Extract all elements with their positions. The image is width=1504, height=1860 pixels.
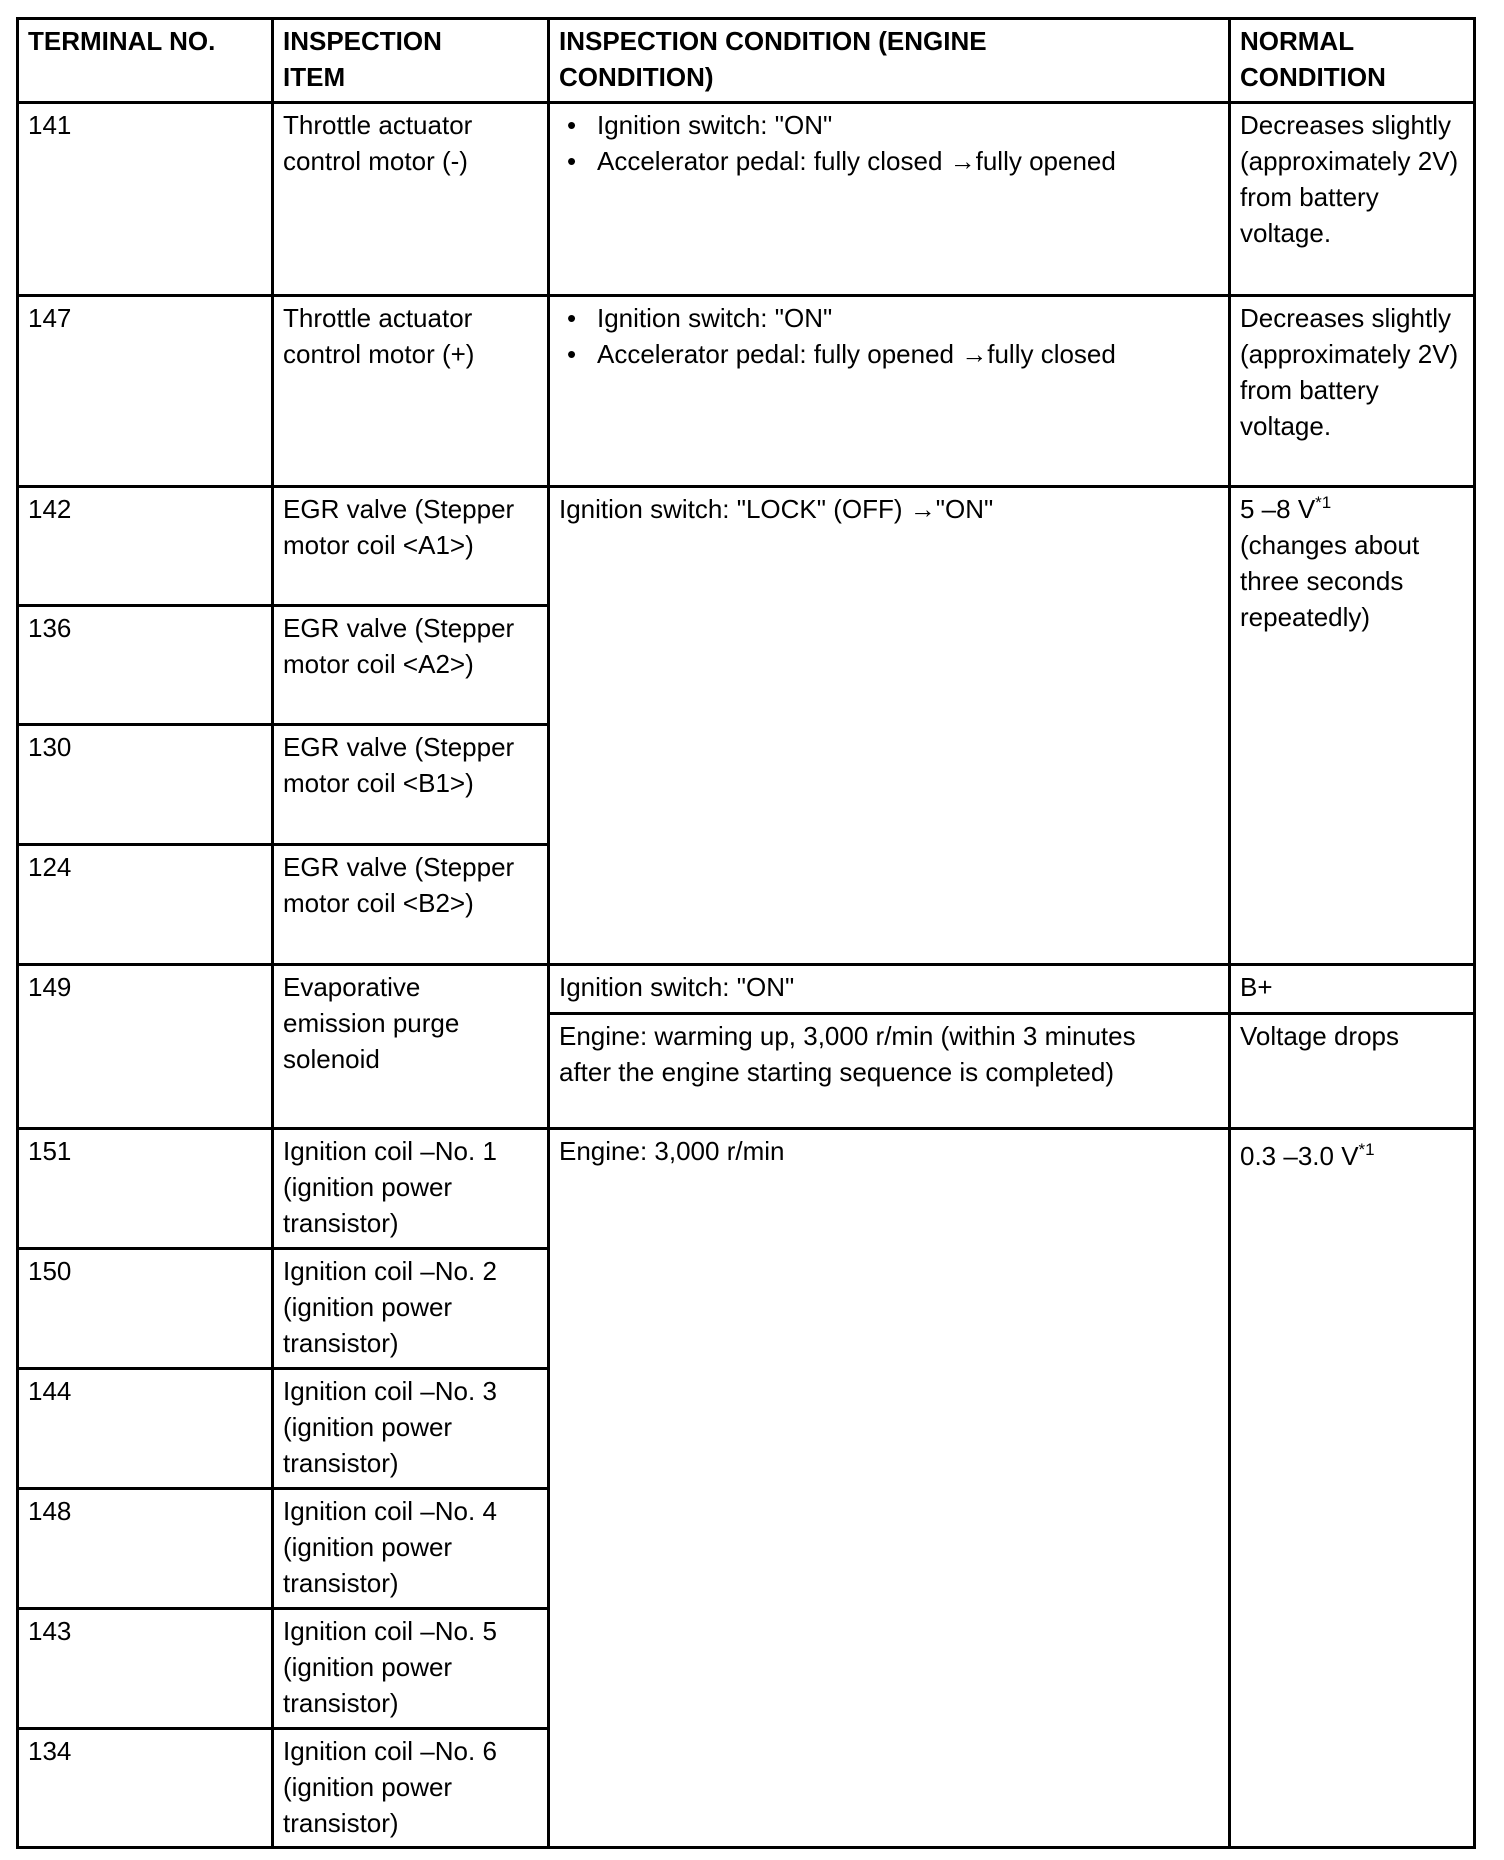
header-normal: NORMAL CONDITION [1228, 17, 1476, 104]
item-cell: Throttle actuator control motor (+) [271, 294, 550, 488]
egr-normal-value: 5 –8 V [1240, 494, 1315, 524]
egr-condition-cell: Ignition switch: "LOCK" (OFF) →"ON" [547, 485, 1231, 966]
header-condition: INSPECTION CONDITION (ENGINE CONDITION) [547, 17, 1231, 104]
terminal-cell: 142 [16, 485, 274, 607]
terminal-cell: 130 [16, 723, 274, 846]
item-cell: Evaporative emission purge solenoid [271, 963, 550, 1130]
ignition-condition-cell: Engine: 3,000 r/min [547, 1127, 1231, 1849]
condition-cell: Ignition switch: "ON" Accelerator pedal:… [547, 101, 1231, 297]
item-cell: Throttle actuator control motor (-) [271, 101, 550, 297]
condition-item: Ignition switch: "ON" [559, 107, 1219, 143]
terminal-cell: 144 [16, 1367, 274, 1490]
header-item: INSPECTION ITEM [271, 17, 550, 104]
item-cell: Ignition coil –No. 6 (ignition power tra… [271, 1727, 550, 1849]
condition-list: Ignition switch: "ON" Accelerator pedal:… [559, 300, 1219, 372]
terminal-cell: 134 [16, 1727, 274, 1849]
egr-normal-note: (changes about three seconds repeatedly) [1240, 530, 1419, 632]
footnote-ref: *1 [1315, 493, 1331, 512]
item-cell: EGR valve (Stepper motor coil <B1>) [271, 723, 550, 846]
terminal-cell: 149 [16, 963, 274, 1130]
purge-normal-2: Voltage drops [1228, 1012, 1476, 1130]
condition-item: Accelerator pedal: fully closed →fully o… [559, 143, 1219, 179]
purge-normal-1: B+ [1228, 963, 1476, 1015]
terminal-cell: 136 [16, 604, 274, 726]
terminal-cell: 150 [16, 1247, 274, 1370]
terminal-cell: 124 [16, 843, 274, 966]
item-cell: EGR valve (Stepper motor coil <A2>) [271, 604, 550, 726]
item-cell: EGR valve (Stepper motor coil <A1>) [271, 485, 550, 607]
terminal-cell: 141 [16, 101, 274, 297]
normal-cell: Decreases slightly (approximately 2V) fr… [1228, 294, 1476, 488]
ignition-normal-cell: 0.3 –3.0 V*1 [1228, 1127, 1476, 1849]
condition-cell: Ignition switch: "ON" Accelerator pedal:… [547, 294, 1231, 488]
purge-condition-1: Ignition switch: "ON" [547, 963, 1231, 1015]
item-cell: Ignition coil –No. 4 (ignition power tra… [271, 1487, 550, 1610]
item-cell: Ignition coil –No. 2 (ignition power tra… [271, 1247, 550, 1370]
condition-list: Ignition switch: "ON" Accelerator pedal:… [559, 107, 1219, 179]
ignition-normal-value: 0.3 –3.0 V [1240, 1141, 1359, 1171]
terminal-cell: 143 [16, 1607, 274, 1730]
header-terminal: TERMINAL NO. [16, 17, 274, 104]
purge-condition-2: Engine: warming up, 3,000 r/min (within … [547, 1012, 1231, 1130]
footnote-ref: *1 [1359, 1140, 1375, 1159]
item-cell: EGR valve (Stepper motor coil <B2>) [271, 843, 550, 966]
item-cell: Ignition coil –No. 5 (ignition power tra… [271, 1607, 550, 1730]
item-cell: Ignition coil –No. 1 (ignition power tra… [271, 1127, 550, 1250]
egr-normal-cell: 5 –8 V*1 (changes about three seconds re… [1228, 485, 1476, 966]
item-cell: Ignition coil –No. 3 (ignition power tra… [271, 1367, 550, 1490]
terminal-cell: 151 [16, 1127, 274, 1250]
terminal-inspection-table: TERMINAL NO. INSPECTION ITEM INSPECTION … [16, 17, 1476, 1849]
normal-cell: Decreases slightly (approximately 2V) fr… [1228, 101, 1476, 297]
terminal-cell: 147 [16, 294, 274, 488]
condition-item: Ignition switch: "ON" [559, 300, 1219, 336]
condition-item: Accelerator pedal: fully opened →fully c… [559, 336, 1219, 372]
terminal-cell: 148 [16, 1487, 274, 1610]
